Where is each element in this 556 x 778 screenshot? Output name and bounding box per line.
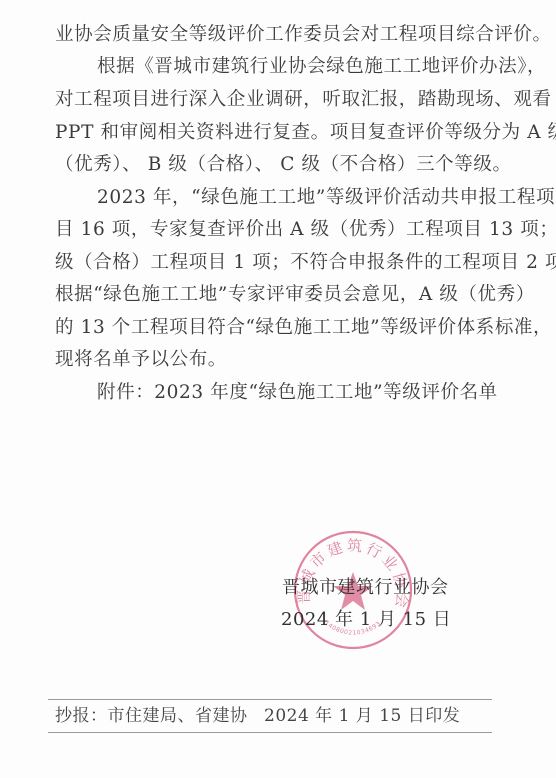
signature-date: 2024 年 1 月 15 日: [281, 605, 451, 631]
paragraph-line-4: PPT 和审阅相关资料进行复查。项目复查评价等级分为 A 级: [55, 117, 495, 149]
paragraph-line-10: 的 13 个工程项目符合“绿色施工工地”等级评价体系标准，: [55, 312, 495, 344]
paragraph-line-9: 根据“绿色施工工地”专家评审委员会意见，A 级（优秀）: [55, 279, 495, 311]
paragraph-line-3: 对工程项目进行深入企业调研，听取汇报，踏勘现场、观看: [55, 84, 495, 116]
footer-cc: 抄报：市住建局、省建协: [55, 700, 248, 732]
paragraph-line-7: 目 16 项，专家复查评价出 A 级（优秀）工程项目 13 项；B: [55, 214, 495, 246]
paragraph-line-6: 2023 年，“绿色施工工地”等级评价活动共申报工程项: [97, 182, 537, 214]
signature-organization: 晋城市建筑行业协会: [282, 573, 449, 599]
paragraph-line-5: （优秀）、 B 级（合格）、 C 级（不合格）三个等级。: [55, 149, 495, 181]
paragraph-line-11: 现将名单予以公布。: [55, 344, 495, 376]
paragraph-line-8: 级（合格）工程项目 1 项；不符合申报条件的工程项目 2 项。: [55, 247, 495, 279]
footer-issue-date: 2024 年 1 月 15 日印发: [264, 700, 460, 732]
paragraph-line-2: 根据《晋城市建筑行业协会绿色施工工地评价办法》，: [97, 51, 537, 83]
footer-bottom-rule: [48, 732, 492, 733]
paragraph-line-1: 业协会质量安全等级评价工作委员会对工程项目综合评价。: [55, 19, 495, 51]
attachment-line: 附件：2023 年度“绿色施工工地”等级评价名单: [97, 377, 537, 409]
document-page: 业协会质量安全等级评价工作委员会对工程项目综合评价。 根据《晋城市建筑行业协会绿…: [0, 0, 556, 778]
